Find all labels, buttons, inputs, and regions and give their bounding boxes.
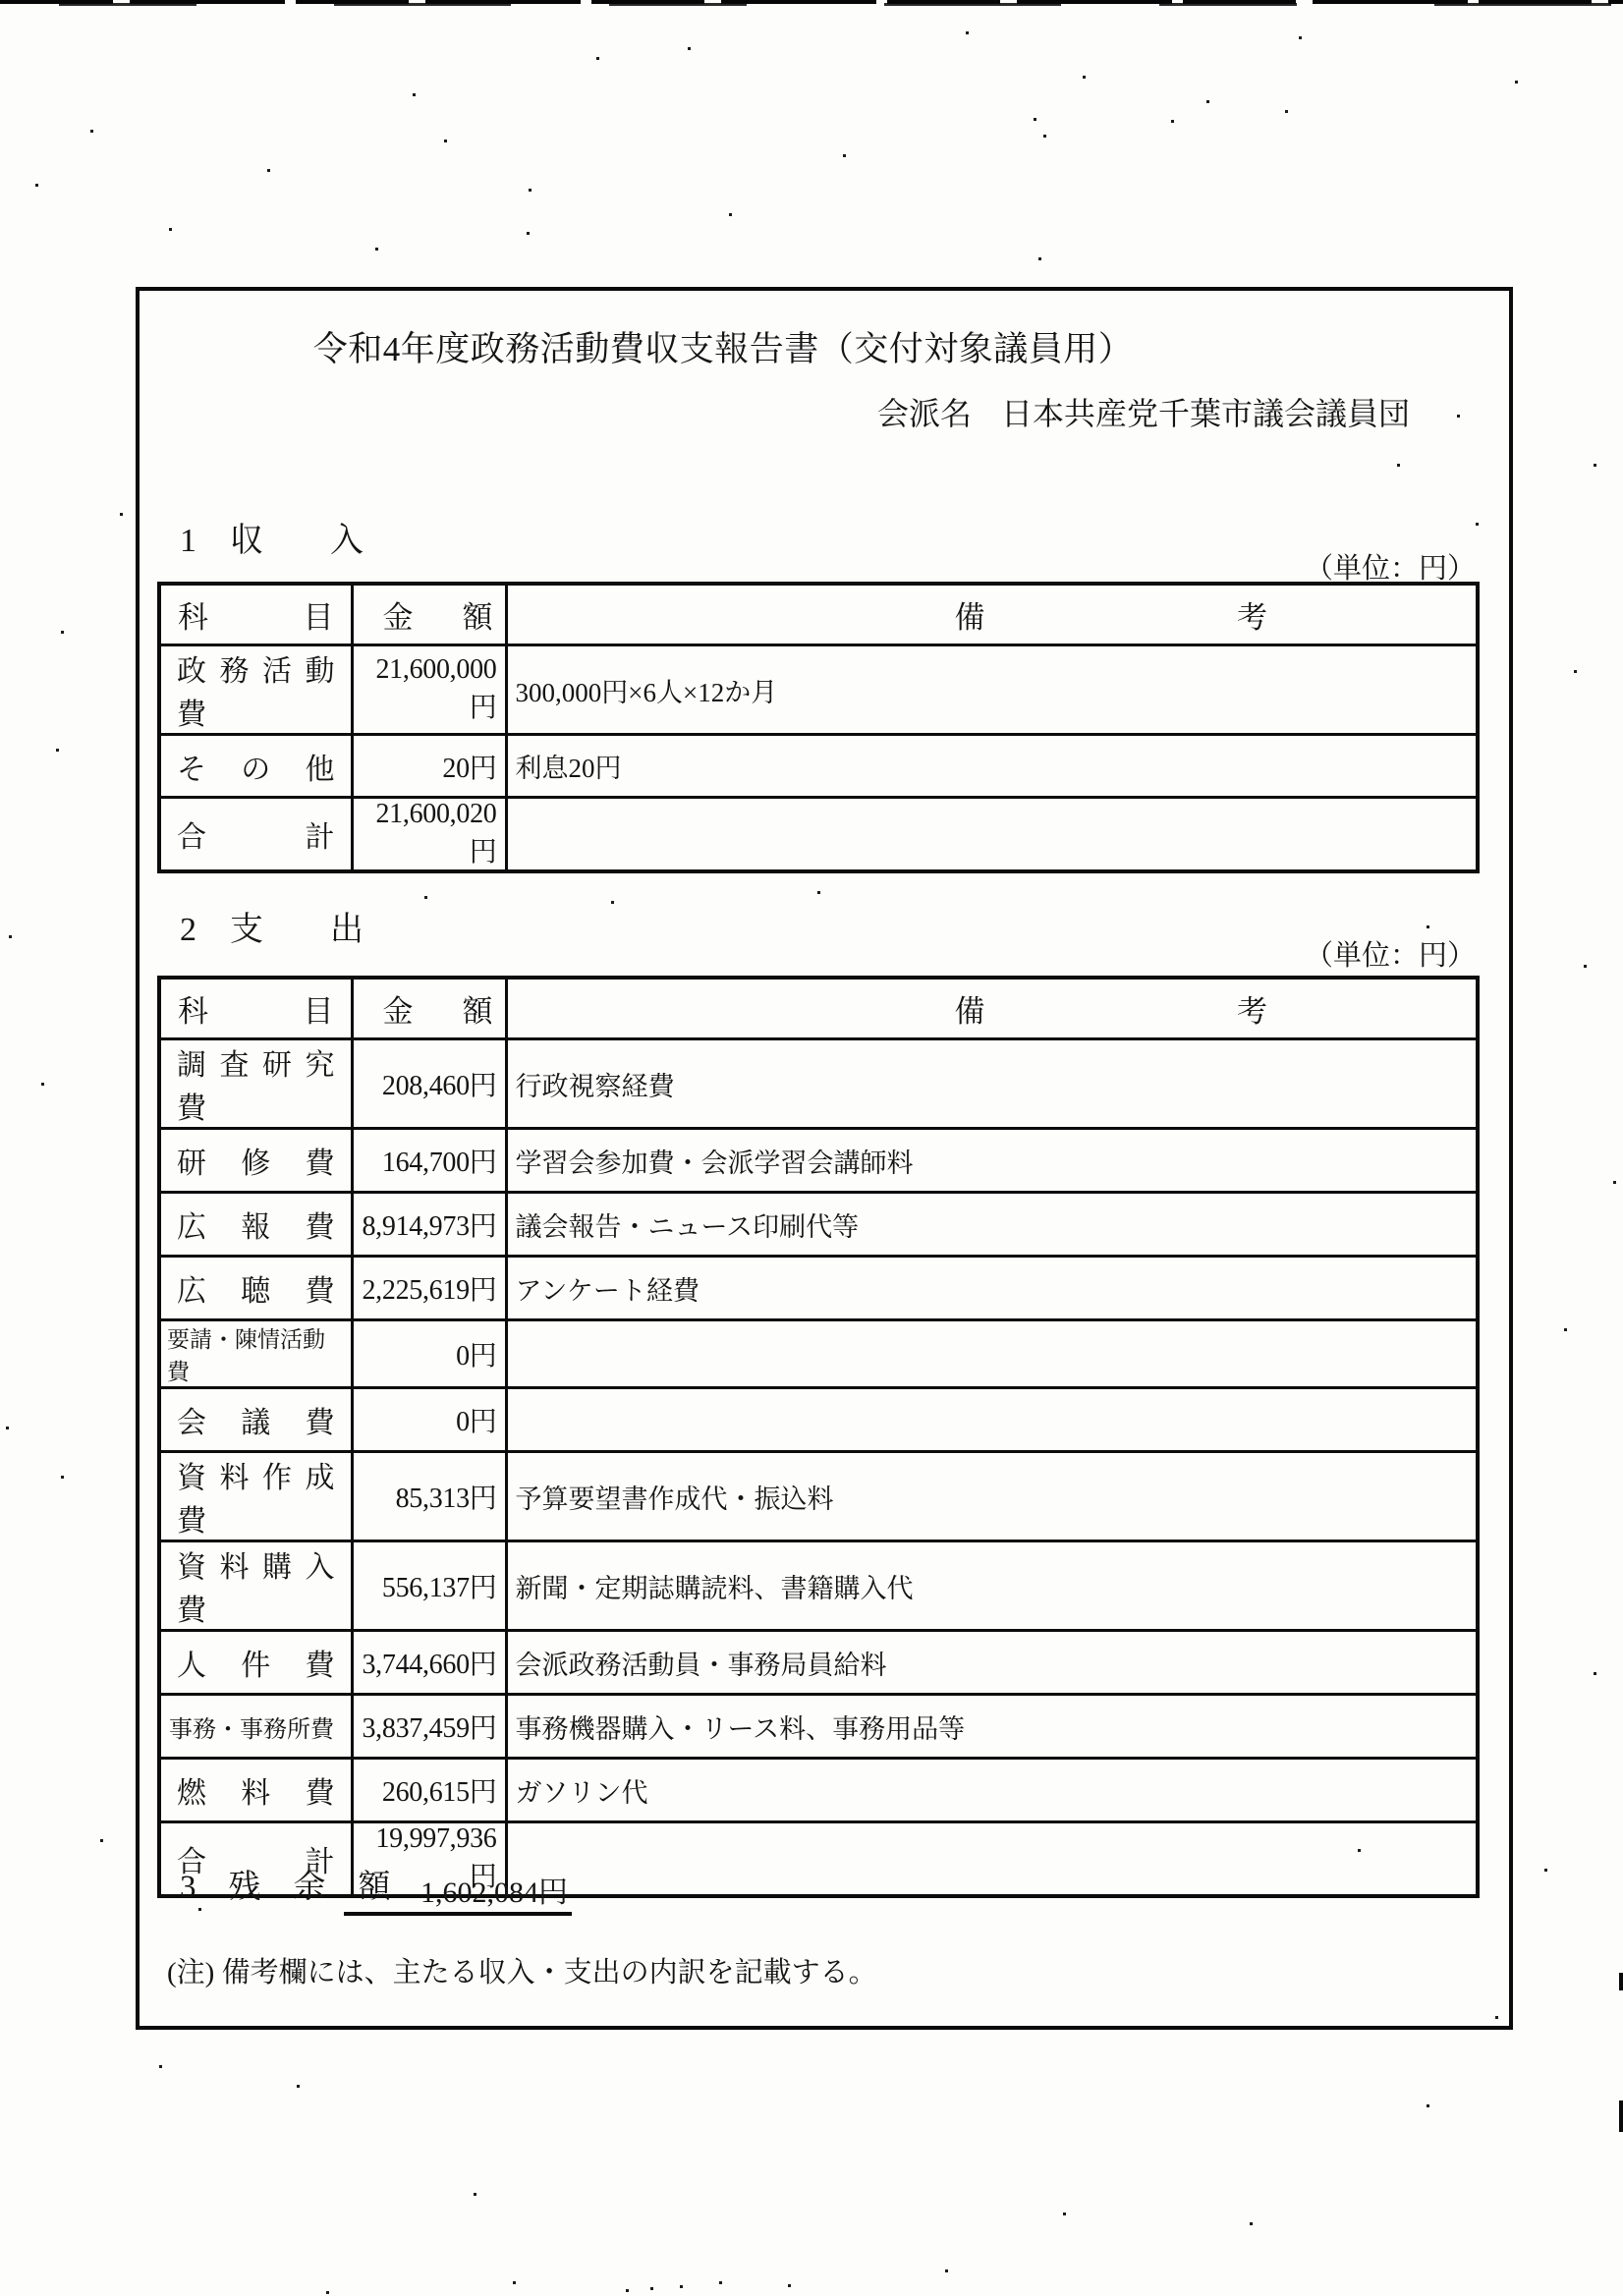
remarks-cell: 予算要望書作成代・振込料: [506, 1452, 1478, 1541]
top-edge-artifact-2: [0, 3, 1623, 6]
amount-cell: 85,313円: [352, 1452, 506, 1541]
item-cell: 人 件 費: [159, 1631, 352, 1695]
amount-cell: 21,600,020円: [352, 798, 506, 872]
amount-cell: 3,837,459円: [352, 1695, 506, 1759]
remarks-cell: 議会報告・ニュース印刷代等: [506, 1193, 1478, 1257]
remarks-cell: 行政視察経費: [506, 1039, 1478, 1129]
expense-row: 広 報 費 8,914,973円 議会報告・ニュース印刷代等: [159, 1193, 1478, 1257]
amount-cell: 164,700円: [352, 1129, 506, 1193]
expense-row: 事務・事務所費 3,837,459円 事務機器購入・リース料、事務用品等: [159, 1695, 1478, 1759]
item-cell: 広 報 費: [159, 1193, 352, 1257]
amount-cell: 3,744,660円: [352, 1631, 506, 1695]
expense-row: 要請・陳情活動費 0円: [159, 1320, 1478, 1388]
amount-cell: 20円: [352, 735, 506, 798]
income-row: そ の 他 20円 利息20円: [159, 735, 1478, 798]
expense-section-heading: 2 支 出: [180, 902, 364, 950]
item-cell: 資 料 作 成 費: [159, 1452, 352, 1541]
scanned-report-page: 令和4年度政務活動費収支報告書（交付対象議員用） 会派名日本共産党千葉市議会議員…: [0, 0, 1623, 2296]
income-unit-label: （単位：円）: [1161, 546, 1476, 587]
amount-cell: 0円: [352, 1388, 506, 1452]
income-row: 政 務 活 動 費 21,600,000円 300,000円×6人×12か月: [159, 645, 1478, 735]
expense-row: 研 修 費 164,700円 学習会参加費・会派学習会講師料: [159, 1129, 1478, 1193]
remarks-cell: [506, 1822, 1478, 1897]
expense-table: 科 目 金 額 備 考 調 査 研 究 費 208,460円 行政視察経費 研 …: [157, 976, 1480, 1898]
income-table: 科 目 金 額 備 考 政 務 活 動 費 21,600,000円 300,00…: [157, 582, 1480, 873]
note-text: (注) 備考欄には、主たる収入・支出の内訳を記載する。: [167, 1950, 877, 1990]
income-header-row: 科 目 金 額 備 考: [159, 584, 1478, 645]
income-total-row: 合 計 21,600,020円: [159, 798, 1478, 872]
income-section-heading: 1 収 入: [180, 513, 364, 561]
remarks-cell: [506, 1388, 1478, 1452]
expense-header-item: 科 目: [159, 978, 352, 1039]
item-cell: 広 聴 費: [159, 1257, 352, 1320]
item-cell: 研 修 費: [159, 1129, 352, 1193]
remarks-cell: [506, 1320, 1478, 1388]
income-header-item: 科 目: [159, 584, 352, 645]
amount-cell: 0円: [352, 1320, 506, 1388]
remarks-cell: [506, 798, 1478, 872]
expense-header-amount: 金 額: [352, 978, 506, 1039]
amount-cell: 2,225,619円: [352, 1257, 506, 1320]
remarks-cell: 学習会参加費・会派学習会講師料: [506, 1129, 1478, 1193]
expense-header-row: 科 目 金 額 備 考: [159, 978, 1478, 1039]
item-cell: 政 務 活 動 費: [159, 645, 352, 735]
remarks-cell: 利息20円: [506, 735, 1478, 798]
expense-row: 資 料 購 入 費 556,137円 新聞・定期誌購読料、書籍購入代: [159, 1541, 1478, 1631]
expense-row: 広 聴 費 2,225,619円 アンケート経費: [159, 1257, 1478, 1320]
expense-header-remarks: 備 考: [506, 978, 1478, 1039]
faction-line: 会派名日本共産党千葉市議会議員団: [877, 389, 1410, 434]
item-cell: 燃 料 費: [159, 1759, 352, 1822]
expense-row: 人 件 費 3,744,660円 会派政務活動員・事務局員給料: [159, 1631, 1478, 1695]
item-cell: 調 査 研 究 費: [159, 1039, 352, 1129]
remarks-cell: ガソリン代: [506, 1759, 1478, 1822]
faction-label: 会派名: [877, 396, 972, 431]
amount-cell: 8,914,973円: [352, 1193, 506, 1257]
expense-row: 資 料 作 成 費 85,313円 予算要望書作成代・振込料: [159, 1452, 1478, 1541]
income-header-amount: 金 額: [352, 584, 506, 645]
faction-name: 日本共産党千葉市議会議員団: [1001, 396, 1410, 431]
remarks-cell: アンケート経費: [506, 1257, 1478, 1320]
balance-amount: 1,602,084円: [340, 1868, 568, 1911]
amount-cell: 260,615円: [352, 1759, 506, 1822]
right-edge-artifact: [1619, 1973, 1623, 1990]
item-cell: 事務・事務所費: [159, 1695, 352, 1759]
scan-specks: [0, 0, 3, 3]
income-header-remarks: 備 考: [506, 584, 1478, 645]
item-cell: 合 計: [159, 798, 352, 872]
expense-row: 調 査 研 究 費 208,460円 行政視察経費: [159, 1039, 1478, 1129]
remarks-cell: 300,000円×6人×12か月: [506, 645, 1478, 735]
page-title: 令和4年度政務活動費収支報告書（交付対象議員用）: [281, 322, 1165, 371]
balance-underline: [344, 1912, 572, 1916]
item-cell: そ の 他: [159, 735, 352, 798]
amount-cell: 21,600,000円: [352, 645, 506, 735]
amount-cell: 208,460円: [352, 1039, 506, 1129]
expense-row: 燃 料 費 260,615円 ガソリン代: [159, 1759, 1478, 1822]
amount-cell: 556,137円: [352, 1541, 506, 1631]
remarks-cell: 新聞・定期誌購読料、書籍購入代: [506, 1541, 1478, 1631]
item-cell: 要請・陳情活動費: [159, 1320, 352, 1388]
item-cell: 資 料 購 入 費: [159, 1541, 352, 1631]
remarks-cell: 事務機器購入・リース料、事務用品等: [506, 1695, 1478, 1759]
item-cell: 会 議 費: [159, 1388, 352, 1452]
right-edge-artifact-2: [1619, 2100, 1623, 2132]
expense-row: 会 議 費 0円: [159, 1388, 1478, 1452]
remarks-cell: 会派政務活動員・事務局員給料: [506, 1631, 1478, 1695]
expense-unit-label: （単位：円）: [1161, 933, 1476, 974]
